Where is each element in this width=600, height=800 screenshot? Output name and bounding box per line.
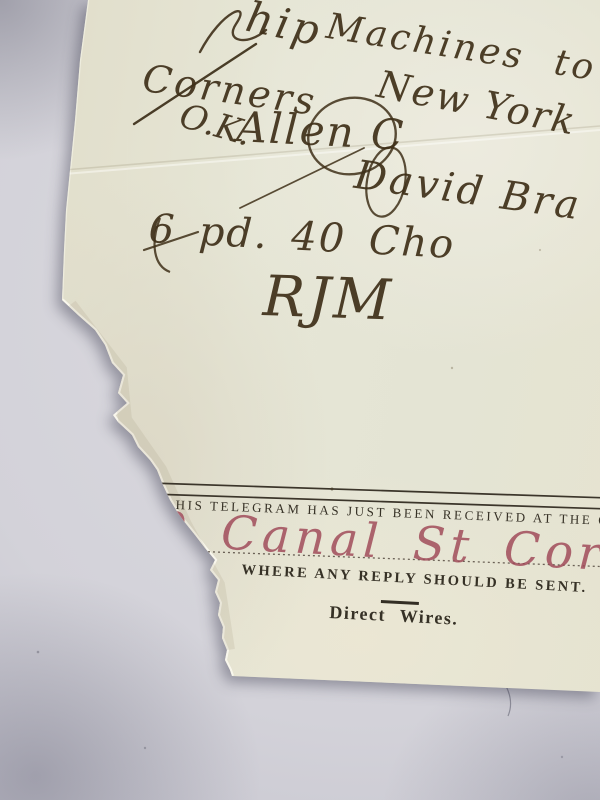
handwritten-initials: RJM (262, 264, 395, 334)
torn-edge (62, 300, 232, 676)
tear-shading (70, 305, 228, 650)
telegram-paper: hip Machines to Corners New York O.K. Al… (0, 0, 600, 800)
left-edge-highlight (62, 0, 88, 300)
photo-of-torn-telegram: hip Machines to Corners New York O.K. Al… (0, 0, 600, 800)
signature-flourish-stroke (240, 148, 364, 208)
handwritten-signature: Allen C (235, 102, 406, 160)
telegram-paper-wrap: hip Machines to Corners New York O.K. Al… (0, 0, 600, 800)
